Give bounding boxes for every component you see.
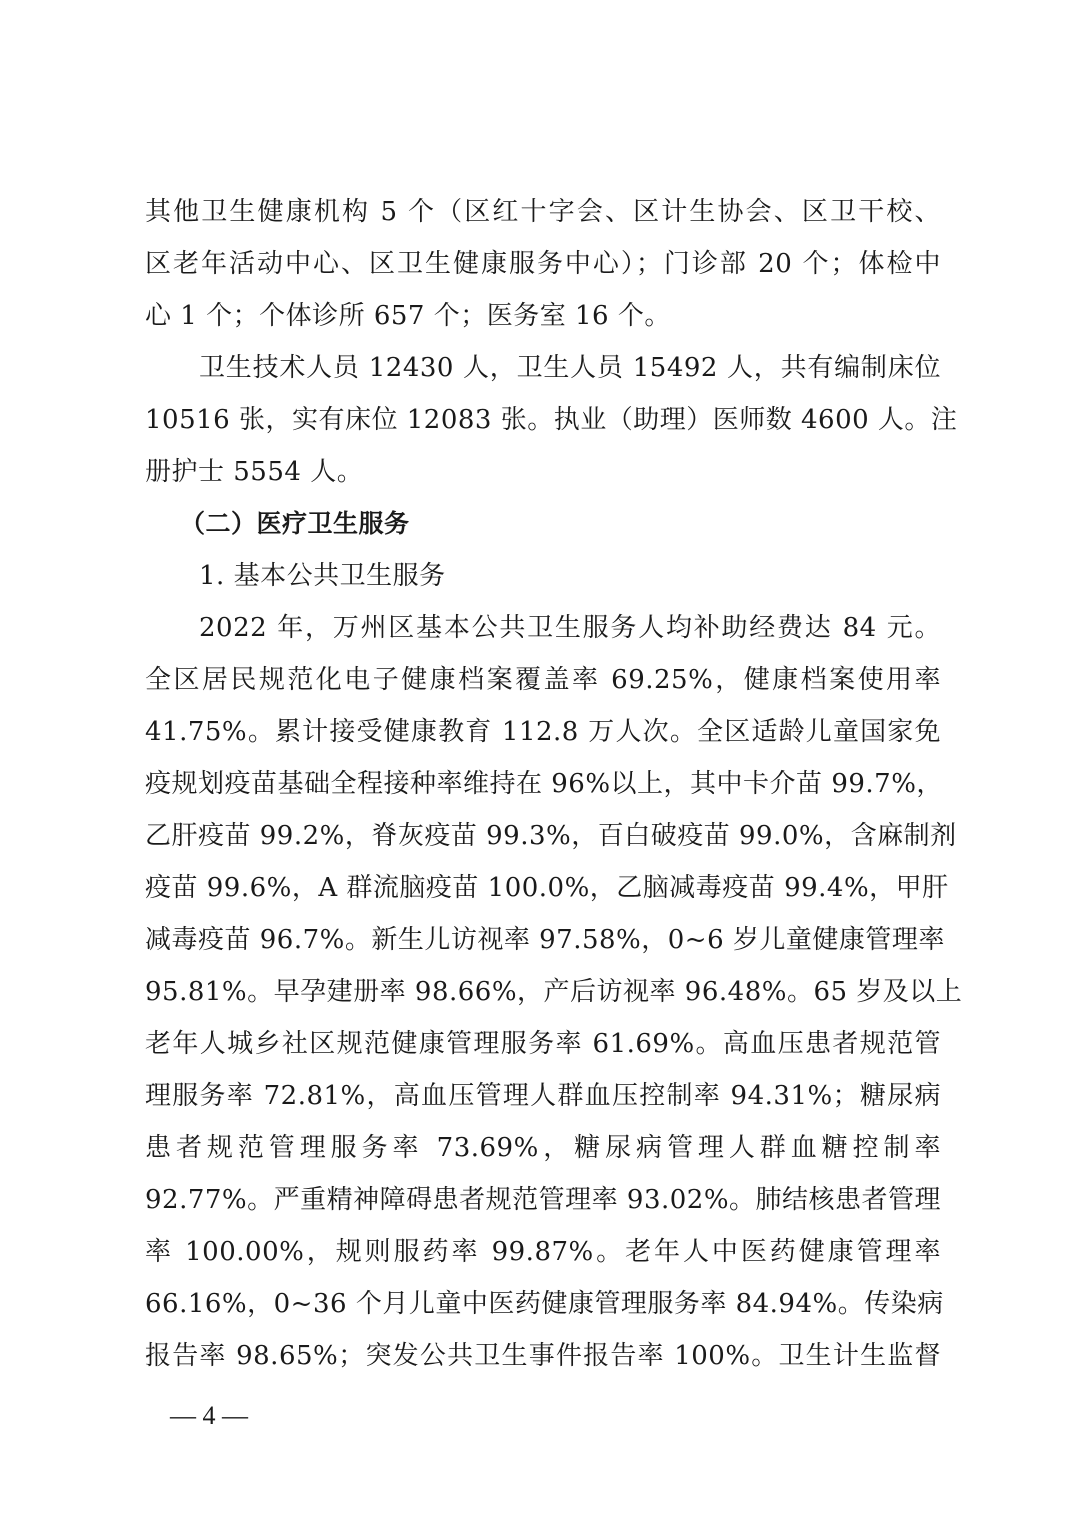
paragraph-line: 全区居民规范化电子健康档案覆盖率 69.25%，健康档案使用率	[145, 660, 941, 700]
paragraph-line: 卫生技术人员 12430 人，卫生人员 15492 人，共有编制床位	[199, 348, 941, 388]
section-heading: （二）医疗卫生服务	[180, 504, 976, 544]
paragraph-line: 率 100.00%，规则服药率 99.87%。老年人中医药健康管理率	[145, 1232, 941, 1272]
paragraph-line: 心 1 个；个体诊所 657 个；医务室 16 个。	[145, 296, 941, 336]
paragraph-line: 66.16%，0~36 个月儿童中医药健康管理服务率 84.94%。传染病	[145, 1284, 941, 1324]
page-number: — 4 —	[170, 1396, 248, 1436]
subsection-heading: 1. 基本公共卫生服务	[199, 556, 941, 596]
paragraph-line: 41.75%。累计接受健康教育 112.8 万人次。全区适龄儿童国家免	[145, 712, 941, 752]
paragraph-line: 疫苗 99.6%，A 群流脑疫苗 100.0%，乙脑减毒疫苗 99.4%，甲肝	[145, 868, 941, 908]
paragraph-line: 老年人城乡社区规范健康管理服务率 61.69%。高血压患者规范管	[145, 1024, 941, 1064]
paragraph-line: 95.81%。早孕建册率 98.66%，产后访视率 96.48%。65 岁及以上	[145, 972, 941, 1012]
paragraph-line: 其他卫生健康机构 5 个（区红十字会、区计生协会、区卫干校、	[145, 192, 941, 232]
paragraph-line: 减毒疫苗 96.7%。新生儿访视率 97.58%，0~6 岁儿童健康管理率	[145, 920, 941, 960]
paragraph-line: 10516 张，实有床位 12083 张。执业（助理）医师数 4600 人。注	[145, 400, 941, 440]
paragraph-line: 疫规划疫苗基础全程接种率维持在 96%以上，其中卡介苗 99.7%，	[145, 764, 941, 804]
paragraph-line: 患者规范管理服务率 73.69%，糖尿病管理人群血糖控制率	[145, 1128, 941, 1168]
paragraph-line: 92.77%。严重精神障碍患者规范管理率 93.02%。肺结核患者管理	[145, 1180, 941, 1220]
paragraph-line: 报告率 98.65%；突发公共卫生事件报告率 100%。卫生计生监督	[145, 1336, 941, 1376]
paragraph-line: 册护士 5554 人。	[145, 452, 941, 492]
paragraph-line: 2022 年，万州区基本公共卫生服务人均补助经费达 84 元。	[199, 608, 941, 648]
document-page: 其他卫生健康机构 5 个（区红十字会、区计生协会、区卫干校、 区老年活动中心、区…	[0, 0, 1074, 1520]
paragraph-line: 理服务率 72.81%，高血压管理人群血压控制率 94.31%；糖尿病	[145, 1076, 941, 1116]
paragraph-line: 乙肝疫苗 99.2%，脊灰疫苗 99.3%，百白破疫苗 99.0%，含麻制剂	[145, 816, 941, 856]
paragraph-line: 区老年活动中心、区卫生健康服务中心）；门诊部 20 个；体检中	[145, 244, 941, 284]
